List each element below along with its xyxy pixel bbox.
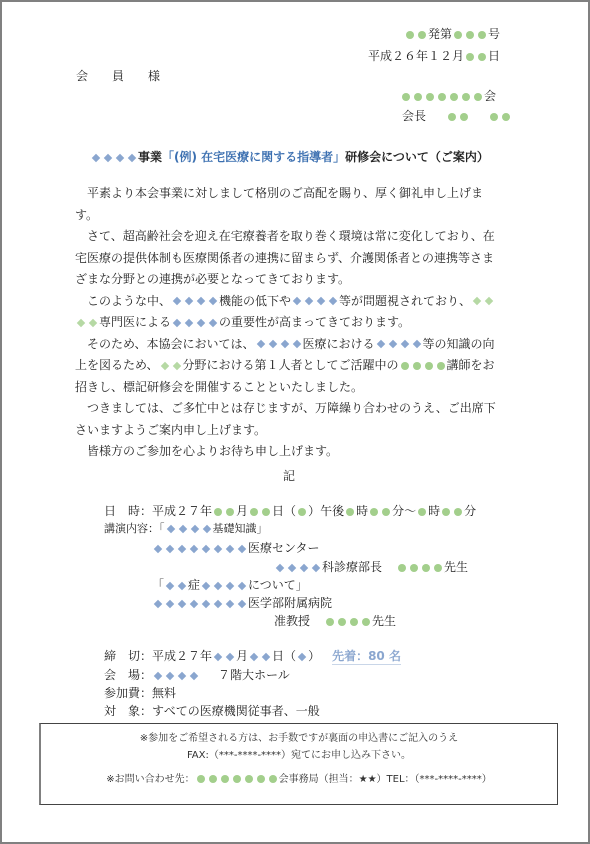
notice-line-1: ※参加をご希望される方は、お手数ですが裏面の申込書にご記入のうえ bbox=[41, 729, 557, 744]
text: 等が問題視されており、 bbox=[339, 294, 471, 308]
placeholder-dot bbox=[350, 618, 358, 626]
lecture-1-speaker: 科診療部長先生 bbox=[274, 559, 468, 575]
placeholder-diamond bbox=[116, 153, 124, 161]
placeholder-diamond bbox=[226, 581, 234, 589]
placeholder-diamond bbox=[214, 544, 222, 552]
placeholder-dot bbox=[370, 508, 378, 516]
document-date: 平成２６年１２月日 bbox=[368, 48, 500, 64]
text: 医療における bbox=[303, 337, 375, 351]
placeholder-dot bbox=[221, 775, 229, 783]
notice-line-3: ※お問い合わせ先：会事務局（担当：★★）TEL：（***-****-****） bbox=[41, 770, 557, 785]
placeholder-diamond bbox=[160, 361, 168, 369]
placeholder-diamond bbox=[190, 525, 198, 533]
placeholder-diamond bbox=[104, 153, 112, 161]
placeholder-dot bbox=[466, 53, 474, 61]
text: 時 bbox=[428, 504, 440, 518]
text: 日（ bbox=[272, 649, 296, 663]
placeholder-dot bbox=[426, 93, 434, 101]
placeholder-diamond bbox=[226, 599, 234, 607]
placeholder-dot bbox=[197, 775, 205, 783]
president-line: 会長 bbox=[402, 108, 512, 124]
text: 会事務局（担当：★★）TEL：（***-****-****） bbox=[279, 774, 492, 785]
label: 締 切： bbox=[104, 649, 152, 663]
document-page: 発第号 平成２６年１２月日 会 員 様 会 会長 事業「(例) 在宅医療に関する… bbox=[0, 0, 590, 844]
placeholder-diamond bbox=[154, 599, 162, 607]
text: 平成２７年 bbox=[152, 504, 212, 518]
paragraph-issue: このような中、機能の低下や等が問題視されており、専門医によるの重要性が高まってき… bbox=[75, 291, 505, 334]
placeholder-diamond bbox=[288, 563, 296, 571]
text: このような中、 bbox=[87, 294, 171, 308]
placeholder-diamond bbox=[317, 297, 325, 305]
label: 会 場： bbox=[104, 668, 152, 682]
placeholder-diamond bbox=[298, 652, 306, 660]
text: 分～ bbox=[392, 504, 416, 518]
label: 参加費： bbox=[104, 686, 152, 700]
placeholder-diamond bbox=[178, 599, 186, 607]
placeholder-diamond bbox=[202, 525, 210, 533]
placeholder-dot bbox=[425, 362, 433, 370]
title-prefix: 事業 bbox=[138, 150, 162, 164]
placeholder-dot bbox=[418, 508, 426, 516]
text: すべての医療機関従事者、一般 bbox=[152, 704, 320, 718]
placeholder-dot bbox=[438, 93, 446, 101]
placeholder-dot bbox=[398, 564, 406, 572]
placeholder-diamond bbox=[238, 581, 246, 589]
placeholder-dot bbox=[326, 618, 334, 626]
placeholder-diamond bbox=[209, 297, 217, 305]
ki-heading: 記 bbox=[283, 468, 295, 484]
text: 月 bbox=[236, 504, 248, 518]
placeholder-dot bbox=[462, 93, 470, 101]
date-end: 日 bbox=[488, 49, 500, 63]
placeholder-diamond bbox=[262, 652, 270, 660]
placeholder-diamond bbox=[166, 544, 174, 552]
placeholder-dot bbox=[418, 31, 426, 39]
placeholder-dot bbox=[414, 93, 422, 101]
text: 医学部附属病院 bbox=[248, 596, 332, 610]
placeholder-diamond bbox=[293, 297, 301, 305]
label: 対 象： bbox=[104, 704, 152, 718]
placeholder-dot bbox=[245, 775, 253, 783]
placeholder-diamond bbox=[89, 318, 97, 326]
date-text: 平成２６年１２月 bbox=[368, 49, 464, 63]
paragraph-closing: 皆様方のご参加を心よりお待ち申し上げます。 bbox=[75, 441, 505, 463]
placeholder-diamond bbox=[77, 318, 85, 326]
lecture-2-organization: 医学部附属病院 bbox=[152, 595, 332, 611]
placeholder-dot bbox=[214, 508, 222, 516]
detail-lecture-2: 「症について」 bbox=[152, 577, 308, 593]
text: 「 bbox=[152, 578, 164, 592]
text: 科診療部長 bbox=[322, 560, 382, 574]
placeholder-diamond bbox=[214, 652, 222, 660]
placeholder-diamond bbox=[202, 581, 210, 589]
placeholder-diamond bbox=[154, 544, 162, 552]
placeholder-dot bbox=[257, 775, 265, 783]
org-suffix: 会 bbox=[484, 89, 496, 103]
notice-box: ※参加をご希望される方は、お手数ですが裏面の申込書にご記入のうえ FAX:（**… bbox=[39, 723, 558, 805]
text: 医療センター bbox=[248, 541, 320, 555]
placeholder-diamond bbox=[214, 581, 222, 589]
text: 分野における第１人者としてご活躍中の bbox=[183, 358, 399, 372]
detail-venue: 会 場：７階大ホール bbox=[104, 667, 290, 683]
text: 平成２７年 bbox=[152, 649, 212, 663]
paragraph-request: つきましては、ご多忙中とは存じますが、万障繰り合わせのうえ、ご出席下さいますよう… bbox=[75, 398, 505, 441]
placeholder-diamond bbox=[190, 671, 198, 679]
text: 無料 bbox=[152, 686, 176, 700]
placeholder-dot bbox=[226, 508, 234, 516]
text: ※お問い合わせ先： bbox=[106, 774, 194, 785]
paragraph-purpose: そのため、本協会においては、医療における等の知識の向上を図るため、分野における第… bbox=[75, 334, 505, 399]
placeholder-diamond bbox=[329, 297, 337, 305]
placeholder-diamond bbox=[376, 340, 384, 348]
placeholder-diamond bbox=[185, 297, 193, 305]
text: ）午後 bbox=[308, 504, 344, 518]
detail-datetime: 日 時：平成２７年月日（）午後時分～時分 bbox=[104, 503, 476, 519]
capacity-note: 先着：80 名 bbox=[332, 649, 401, 665]
placeholder-dot bbox=[460, 113, 468, 121]
placeholder-diamond bbox=[202, 544, 210, 552]
placeholder-diamond bbox=[226, 652, 234, 660]
placeholder-dot bbox=[478, 53, 486, 61]
placeholder-dot bbox=[401, 362, 409, 370]
text: 先生 bbox=[444, 560, 468, 574]
text: ７階大ホール bbox=[218, 668, 290, 682]
doc-number-end: 号 bbox=[488, 27, 500, 41]
placeholder-dot bbox=[490, 113, 498, 121]
placeholder-dot bbox=[442, 508, 450, 516]
label: 日 時： bbox=[104, 504, 152, 518]
placeholder-diamond bbox=[128, 153, 136, 161]
placeholder-diamond bbox=[173, 318, 181, 326]
placeholder-diamond bbox=[388, 340, 396, 348]
placeholder-dot bbox=[209, 775, 217, 783]
placeholder-diamond bbox=[166, 671, 174, 679]
placeholder-diamond bbox=[197, 297, 205, 305]
placeholder-diamond bbox=[268, 340, 276, 348]
placeholder-dot bbox=[338, 618, 346, 626]
addressee: 会 員 様 bbox=[76, 68, 160, 84]
placeholder-diamond bbox=[173, 297, 181, 305]
placeholder-dot bbox=[434, 564, 442, 572]
text: ） bbox=[308, 649, 320, 663]
president-label: 会長 bbox=[402, 109, 426, 123]
placeholder-diamond bbox=[178, 525, 186, 533]
placeholder-diamond bbox=[312, 563, 320, 571]
detail-target: 対 象：すべての医療機関従事者、一般 bbox=[104, 703, 320, 719]
placeholder-diamond bbox=[412, 340, 420, 348]
placeholder-dot bbox=[298, 508, 306, 516]
placeholder-diamond bbox=[178, 671, 186, 679]
placeholder-dot bbox=[269, 775, 277, 783]
text: 症 bbox=[188, 578, 200, 592]
placeholder-diamond bbox=[190, 544, 198, 552]
placeholder-diamond bbox=[202, 599, 210, 607]
placeholder-diamond bbox=[172, 361, 180, 369]
placeholder-dot bbox=[454, 31, 462, 39]
placeholder-dot bbox=[448, 113, 456, 121]
text: 基礎知識」 bbox=[213, 522, 268, 535]
placeholder-diamond bbox=[166, 525, 174, 533]
placeholder-diamond bbox=[280, 340, 288, 348]
detail-lecture-1: 講演内容：「基礎知識」 bbox=[104, 521, 268, 537]
placeholder-diamond bbox=[197, 318, 205, 326]
placeholder-diamond bbox=[178, 581, 186, 589]
placeholder-diamond bbox=[190, 599, 198, 607]
placeholder-dot bbox=[502, 113, 510, 121]
text: 准教授 bbox=[274, 614, 310, 628]
text: 分 bbox=[464, 504, 476, 518]
organization-name: 会 bbox=[400, 88, 496, 104]
lecture-2-speaker: 准教授先生 bbox=[274, 613, 396, 629]
text: 専門医による bbox=[99, 315, 171, 329]
doc-number-label: 発第 bbox=[428, 27, 452, 41]
placeholder-diamond bbox=[185, 318, 193, 326]
placeholder-dot bbox=[402, 93, 410, 101]
placeholder-dot bbox=[474, 93, 482, 101]
text: 時 bbox=[356, 504, 368, 518]
placeholder-dot bbox=[362, 618, 370, 626]
paragraph-background: さて、超高齢社会を迎え在宅療養者を取り巻く環境は常に変化しており、在宅医療の提供… bbox=[75, 226, 505, 291]
placeholder-diamond bbox=[276, 563, 284, 571]
placeholder-diamond bbox=[256, 340, 264, 348]
placeholder-diamond bbox=[92, 153, 100, 161]
placeholder-diamond bbox=[400, 340, 408, 348]
placeholder-dot bbox=[466, 31, 474, 39]
placeholder-dot bbox=[262, 508, 270, 516]
placeholder-diamond bbox=[238, 599, 246, 607]
placeholder-diamond bbox=[305, 297, 313, 305]
placeholder-diamond bbox=[473, 297, 481, 305]
text: 「 bbox=[159, 522, 165, 535]
notice-line-2: FAX:（***-****-****）宛てにお申し込み下さい。 bbox=[41, 746, 557, 761]
detail-deadline: 締 切：平成２７年月日（）先着：80 名 bbox=[104, 648, 401, 664]
placeholder-diamond bbox=[178, 544, 186, 552]
placeholder-dot bbox=[233, 775, 241, 783]
placeholder-dot bbox=[422, 564, 430, 572]
placeholder-diamond bbox=[300, 563, 308, 571]
placeholder-diamond bbox=[292, 340, 300, 348]
placeholder-dot bbox=[450, 93, 458, 101]
text: 機能の低下や bbox=[219, 294, 291, 308]
title-highlight: 「(例) 在宅医療に関する指導者」 bbox=[162, 150, 345, 164]
placeholder-diamond bbox=[166, 599, 174, 607]
placeholder-dot bbox=[437, 362, 445, 370]
placeholder-dot bbox=[454, 508, 462, 516]
placeholder-dot bbox=[346, 508, 354, 516]
placeholder-diamond bbox=[214, 599, 222, 607]
text: 先生 bbox=[372, 614, 396, 628]
placeholder-dot bbox=[250, 508, 258, 516]
placeholder-diamond bbox=[485, 297, 493, 305]
document-number: 発第号 bbox=[404, 26, 500, 42]
title-suffix: 研修会について（ご案内） bbox=[345, 150, 489, 164]
lecture-1-organization: 医療センター bbox=[152, 540, 320, 556]
label: 講演内容： bbox=[104, 522, 159, 535]
placeholder-diamond bbox=[154, 671, 162, 679]
text: 日（ bbox=[272, 504, 296, 518]
placeholder-dot bbox=[478, 31, 486, 39]
paragraph-greeting: 平素より本会事業に対しまして格別のご高配を賜り、厚く御礼申し上げます。 bbox=[75, 183, 505, 226]
placeholder-diamond bbox=[166, 581, 174, 589]
placeholder-diamond bbox=[209, 318, 217, 326]
body-text: 平素より本会事業に対しまして格別のご高配を賜り、厚く御礼申し上げます。 さて、超… bbox=[75, 183, 505, 463]
text: について」 bbox=[248, 578, 308, 592]
placeholder-diamond bbox=[250, 652, 258, 660]
document-title: 事業「(例) 在宅医療に関する指導者」研修会について（ご案内） bbox=[90, 149, 489, 165]
detail-fee: 参加費：無料 bbox=[104, 685, 176, 701]
placeholder-dot bbox=[406, 31, 414, 39]
placeholder-diamond bbox=[238, 544, 246, 552]
placeholder-diamond bbox=[226, 544, 234, 552]
text: の重要性が高まってきております。 bbox=[219, 315, 410, 329]
text: 月 bbox=[236, 649, 248, 663]
placeholder-dot bbox=[410, 564, 418, 572]
placeholder-dot bbox=[382, 508, 390, 516]
placeholder-dot bbox=[413, 362, 421, 370]
text: そのため、本協会においては、 bbox=[87, 337, 255, 351]
